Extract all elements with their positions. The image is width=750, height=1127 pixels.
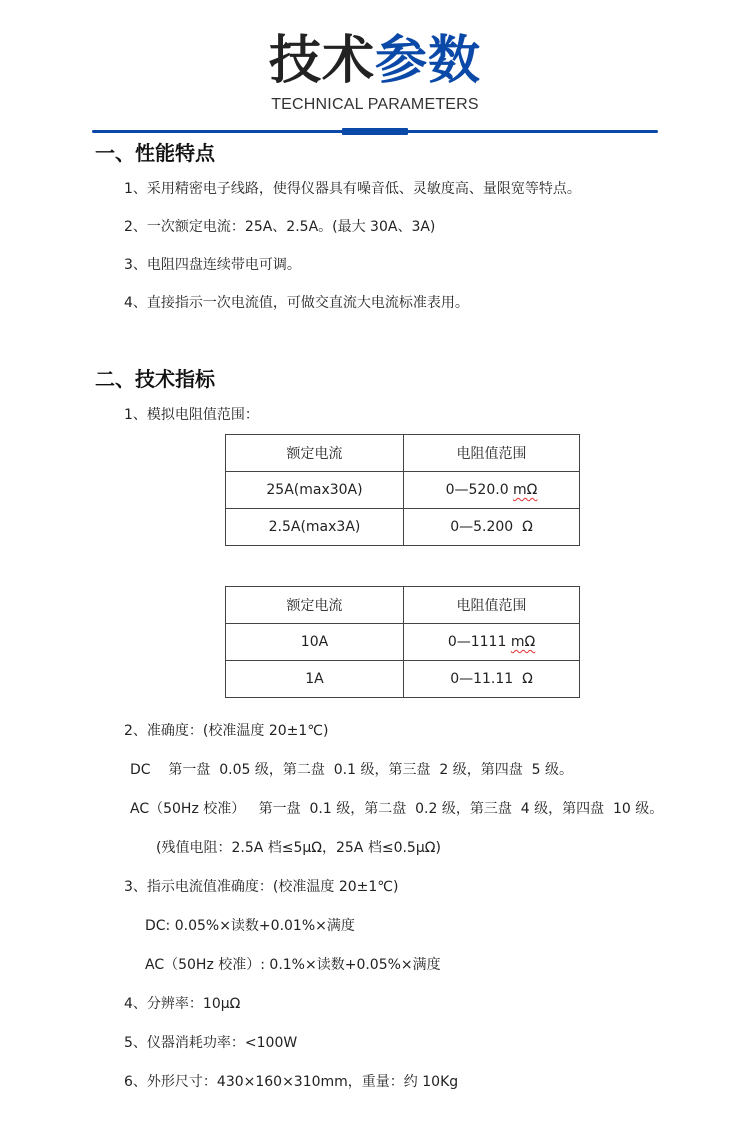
accuracy-ac: AC（50Hz 校准） 第一盘 0.1 级，第二盘 0.2 级，第三盘 4 级，… xyxy=(130,799,663,819)
table-header-row: 额定电流 电阻值范围 xyxy=(226,435,580,472)
range-value: 0—520.0 xyxy=(446,482,513,498)
spec-item-power: 5、仪器消耗功率：<100W xyxy=(124,1033,297,1053)
table-cell-current: 25A(max30A) xyxy=(226,472,404,509)
spec-item-resistance-range: 1、模拟电阻值范围： xyxy=(124,405,259,425)
header-divider-accent xyxy=(342,128,408,135)
page-subtitle: TECHNICAL PARAMETERS xyxy=(0,95,750,115)
table-cell-current: 10A xyxy=(226,624,404,661)
spec-item-dimensions: 6、外形尺寸：430×160×310mm，重量：约 10Kg xyxy=(124,1072,458,1092)
resistance-table-2: 额定电流 电阻值范围 10A 0—1111 mΩ 1A 0—11.11 Ω xyxy=(225,586,580,698)
spec-item-resolution: 4、分辨率：10μΩ xyxy=(124,994,240,1014)
range-unit: Ω xyxy=(522,671,533,687)
table-row: 1A 0—11.11 Ω xyxy=(226,661,580,698)
table-cell-range: 0—520.0 mΩ xyxy=(404,472,580,509)
table-cell-range: 0—11.11 Ω xyxy=(404,661,580,698)
range-unit: Ω xyxy=(522,519,533,535)
range-unit: mΩ xyxy=(511,634,535,650)
spec-item-indicated-current-accuracy: 3、指示电流值准确度：(校准温度 20±1℃) xyxy=(124,877,398,897)
page-title: 技术参数 xyxy=(0,30,750,92)
spec-item-accuracy: 2、准确度：(校准温度 20±1℃) xyxy=(124,721,328,741)
table-row: 2.5A(max3A) 0—5.200 Ω xyxy=(226,509,580,546)
indicated-accuracy-dc: DC: 0.05%×读数+0.01%×满度 xyxy=(145,916,355,936)
table-header-cell: 额定电流 xyxy=(226,587,404,624)
table-header-cell: 电阻值范围 xyxy=(404,587,580,624)
page-title-dark: 技术 xyxy=(269,31,375,91)
table-row: 25A(max30A) 0—520.0 mΩ xyxy=(226,472,580,509)
table-cell-range: 0—5.200 Ω xyxy=(404,509,580,546)
table-row: 10A 0—1111 mΩ xyxy=(226,624,580,661)
resistance-table-1: 额定电流 电阻值范围 25A(max30A) 0—520.0 mΩ 2.5A(m… xyxy=(225,434,580,546)
range-value: 0—11.11 xyxy=(450,671,522,687)
feature-item: 4、直接指示一次电流值，可做交直流大电流标准表用。 xyxy=(124,293,469,313)
indicated-accuracy-ac: AC（50Hz 校准）: 0.1%×读数+0.05%×满度 xyxy=(145,955,441,975)
range-unit: mΩ xyxy=(513,482,537,498)
table-cell-current: 1A xyxy=(226,661,404,698)
residual-resistance: (残值电阻：2.5A 档≤5μΩ，25A 档≤0.5μΩ) xyxy=(156,838,441,858)
table-cell-range: 0—1111 mΩ xyxy=(404,624,580,661)
section-title-specs: 二、技术指标 xyxy=(95,366,215,392)
range-value: 0—1111 xyxy=(448,634,511,650)
table-header-cell: 电阻值范围 xyxy=(404,435,580,472)
accuracy-dc: DC 第一盘 0.05 级，第二盘 0.1 级，第三盘 2 级，第四盘 5 级。 xyxy=(130,760,573,780)
feature-item: 1、采用精密电子线路，使得仪器具有噪音低、灵敏度高、量限宽等特点。 xyxy=(124,179,581,199)
page-title-blue: 参数 xyxy=(375,31,481,91)
table-cell-current: 2.5A(max3A) xyxy=(226,509,404,546)
table-header-cell: 额定电流 xyxy=(226,435,404,472)
section-title-features: 一、性能特点 xyxy=(95,140,215,166)
feature-item: 3、电阻四盘连续带电可调。 xyxy=(124,255,301,275)
table-header-row: 额定电流 电阻值范围 xyxy=(226,587,580,624)
feature-item: 2、一次额定电流：25A、2.5A。(最大 30A、3A) xyxy=(124,217,435,237)
range-value: 0—5.200 xyxy=(450,519,522,535)
